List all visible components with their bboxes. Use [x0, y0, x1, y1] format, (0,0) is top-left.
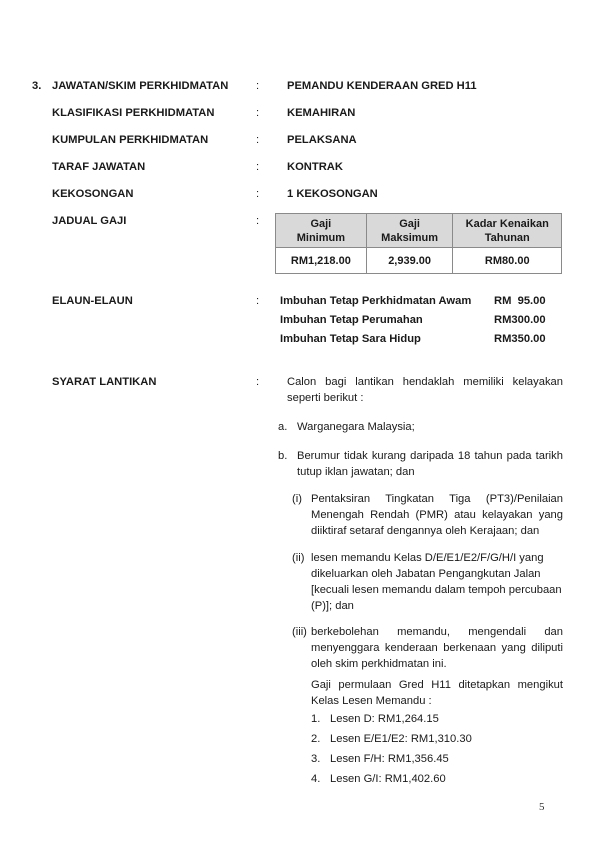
separator: :: [256, 186, 259, 202]
field-value: PEMANDU KENDERAAN GRED H11: [287, 78, 477, 94]
lesen-item: Lesen G/I: RM1,402.60: [330, 771, 446, 787]
syarat-subitem-kebolehan: berkebolehan memandu, mengendali dan men…: [311, 624, 563, 672]
list-marker: (ii): [292, 550, 304, 566]
field-value: KONTRAK: [287, 159, 343, 175]
field-value: 1 KEKOSONGAN: [287, 186, 378, 202]
syarat-item-warganegara: Warganegara Malaysia;: [297, 419, 563, 435]
lesen-item: Lesen F/H: RM1,356.45: [330, 751, 449, 767]
allowance-amount: RM300.00: [494, 312, 546, 328]
separator: :: [256, 213, 259, 229]
field-row-klasifikasi: KLASIFIKASI PERKHIDMATAN : KEMAHIRAN: [0, 105, 600, 121]
page-number: 5: [539, 801, 545, 813]
list-marker: 3.: [311, 751, 320, 767]
field-label: SYARAT LANTIKAN: [52, 374, 156, 390]
allowance-name: Imbuhan Tetap Perkhidmatan Awam: [280, 293, 471, 309]
salary-header-maksimum: GajiMaksimum: [366, 214, 453, 248]
field-label: KUMPULAN PERKHIDMATAN: [52, 132, 208, 148]
field-row-jawatan: 3. JAWATAN/SKIM PERKHIDMATAN : PEMANDU K…: [0, 78, 600, 94]
field-row-kekosongan: KEKOSONGAN : 1 KEKOSONGAN: [0, 186, 600, 202]
separator: :: [256, 374, 259, 390]
field-label: JADUAL GAJI: [52, 213, 126, 229]
list-marker: (i): [292, 491, 302, 507]
field-value: PELAKSANA: [287, 132, 357, 148]
allowance-name: Imbuhan Tetap Sara Hidup: [280, 331, 421, 347]
salary-table-row: RM1,218.00 2,939.00 RM80.00: [276, 248, 562, 274]
salary-maksimum: 2,939.00: [366, 248, 453, 274]
allowance-amount: RM350.00: [494, 331, 546, 347]
separator: :: [256, 105, 259, 121]
syarat-intro: Calon bagi lantikan hendaklah memiliki k…: [287, 374, 563, 406]
list-marker: (iii): [292, 624, 307, 640]
syarat-item-umur: Berumur tidak kurang daripada 18 tahun p…: [297, 448, 563, 480]
list-marker: 1.: [311, 711, 320, 727]
field-label: ELAUN-ELAUN: [52, 293, 133, 309]
list-marker: b.: [278, 448, 287, 464]
list-marker: a.: [278, 419, 287, 435]
allowance-name: Imbuhan Tetap Perumahan: [280, 312, 423, 328]
salary-header-minimum: GajiMinimum: [276, 214, 367, 248]
salary-minimum: RM1,218.00: [276, 248, 367, 274]
salary-kenaikan: RM80.00: [453, 248, 562, 274]
syarat-subitem-pt3: Pentaksiran Tingkatan Tiga (PT3)/Penilai…: [311, 491, 563, 539]
salary-table-header-row: GajiMinimum GajiMaksimum Kadar KenaikanT…: [276, 214, 562, 248]
gaji-permulaan-note: Gaji permulaan Gred H11 ditetapkan mengi…: [311, 677, 563, 709]
field-row-taraf: TARAF JAWATAN : KONTRAK: [0, 159, 600, 175]
field-label: KEKOSONGAN: [52, 186, 133, 202]
field-label: JAWATAN/SKIM PERKHIDMATAN: [52, 78, 228, 94]
salary-header-kenaikan: Kadar KenaikanTahunan: [453, 214, 562, 248]
separator: :: [256, 293, 259, 309]
field-label: TARAF JAWATAN: [52, 159, 145, 175]
section-number: 3.: [32, 78, 41, 94]
separator: :: [256, 132, 259, 148]
separator: :: [256, 78, 259, 94]
list-marker: 2.: [311, 731, 320, 747]
field-label: KLASIFIKASI PERKHIDMATAN: [52, 105, 214, 121]
list-marker: 4.: [311, 771, 320, 787]
syarat-subitem-lesen: lesen memandu Kelas D/E/E1/E2/F/G/H/I ya…: [311, 550, 563, 614]
field-row-kumpulan: KUMPULAN PERKHIDMATAN : PELAKSANA: [0, 132, 600, 148]
lesen-item: Lesen D: RM1,264.15: [330, 711, 439, 727]
lesen-item: Lesen E/E1/E2: RM1,310.30: [330, 731, 472, 747]
allowance-amount: RM 95.00: [494, 293, 546, 309]
field-value: KEMAHIRAN: [287, 105, 355, 121]
separator: :: [256, 159, 259, 175]
salary-table: GajiMinimum GajiMaksimum Kadar KenaikanT…: [275, 213, 562, 274]
